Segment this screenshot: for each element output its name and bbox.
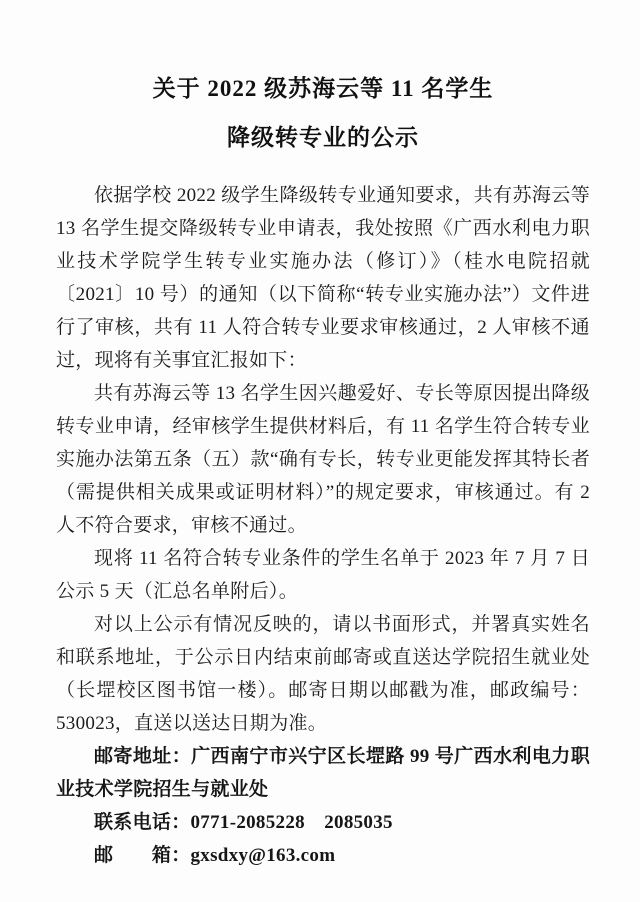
mailing-address-line: 邮寄地址：广西南宁市兴宁区长堽路 99 号广西水利电力职业技术学院招生与就业处 <box>56 740 590 806</box>
paragraph-review-result: 共有苏海云等 13 名学生因兴趣爱好、专长等原因提出降级转专业申请，经审核学生提… <box>56 377 590 542</box>
document-title: 关于 2022 级苏海云等 11 名学生 降级转专业的公示 <box>56 74 590 153</box>
paragraph-feedback-instructions: 对以上公示有情况反映的，请以书面形式，并署真实姓名和联系地址，于公示日内结束前邮… <box>56 608 590 740</box>
document-body: 依据学校 2022 级学生降级转专业通知要求，共有苏海云等 13 名学生提交降级… <box>56 179 590 872</box>
title-line-1: 关于 2022 级苏海云等 11 名学生 <box>56 74 590 104</box>
paragraph-review-basis: 依据学校 2022 级学生降级转专业通知要求，共有苏海云等 13 名学生提交降级… <box>56 179 590 377</box>
scanned-notice-page: 关于 2022 级苏海云等 11 名学生 降级转专业的公示 依据学校 2022 … <box>0 0 640 902</box>
contact-email-line: 邮 箱：gxsdxy@163.com <box>56 839 590 872</box>
contact-phone-line: 联系电话：0771-2085228 2085035 <box>56 806 590 839</box>
title-line-2: 降级转专业的公示 <box>56 123 590 153</box>
paragraph-publicity-period: 现将 11 名符合转专业条件的学生名单于 2023 年 7 月 7 日公示 5 … <box>56 542 590 608</box>
